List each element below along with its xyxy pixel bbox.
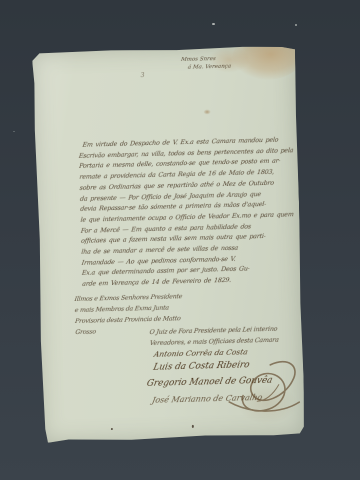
dust-speck xyxy=(13,131,15,132)
dust-speck xyxy=(212,23,215,25)
signature-flourish xyxy=(208,350,310,423)
closing-block: O Juiz de Fora Presidente pela Lei inter… xyxy=(149,324,305,349)
annotation-line: á Ma. Vereança xyxy=(179,62,270,72)
ink-speck xyxy=(192,425,194,428)
letter-body: Em virtude do Despacho de V. Ex.a esta C… xyxy=(78,135,301,291)
dust-speck xyxy=(295,24,297,26)
manuscript-paper: Mmos Snres á Ma. Vereança 3 Em virtude d… xyxy=(32,45,305,443)
fox-spot xyxy=(204,109,211,114)
photo-background: Mmos Snres á Ma. Vereança 3 Em virtude d… xyxy=(0,0,360,480)
ink-speck xyxy=(111,428,113,430)
header-annotation: Mmos Snres á Ma. Vereança xyxy=(179,54,271,72)
page-mark: 3 xyxy=(141,72,145,79)
